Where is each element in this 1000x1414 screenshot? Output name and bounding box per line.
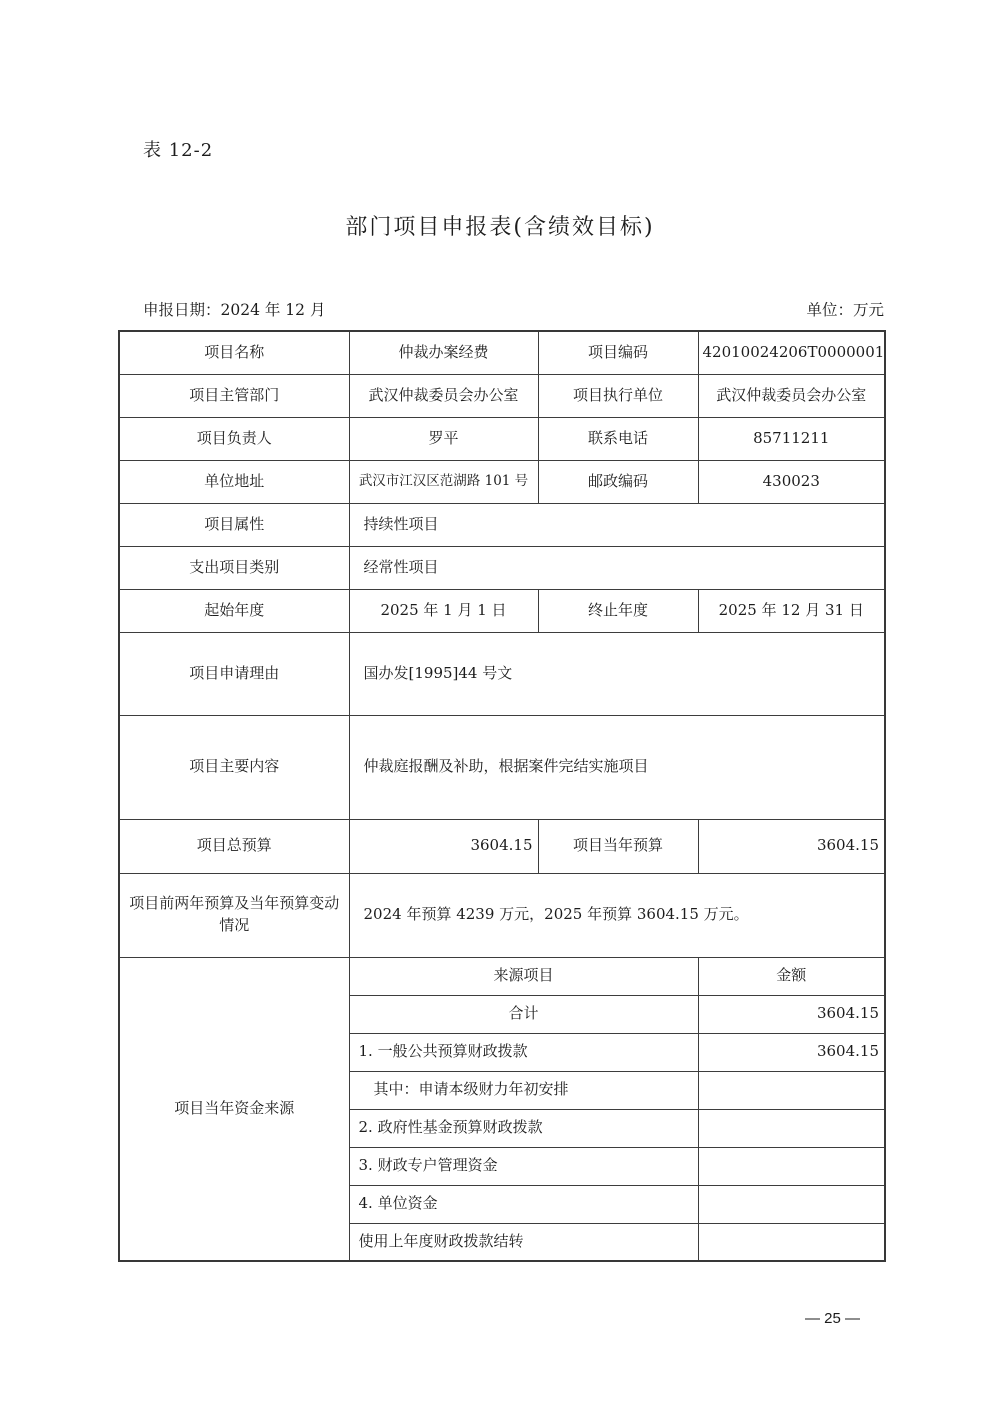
current-year-budget-label: 项目当年预算	[538, 819, 698, 873]
funding-item-government-fund: 2. 政府性基金预算财政拨款	[349, 1109, 698, 1147]
funding-item-local-initial-arrangement: 其中：申请本级财力年初安排	[349, 1071, 698, 1109]
expenditure-category-value: 经常性项目	[349, 546, 885, 589]
project-attribute-label: 项目属性	[119, 503, 349, 546]
funding-item-local-initial-arrangement-amount	[698, 1071, 885, 1109]
funding-item-general-public-budget-amount: 3604.15	[698, 1033, 885, 1071]
table-number-label: 表 12-2	[143, 136, 213, 162]
table-row: 单位地址 武汉市江汉区范湖路 101 号 邮政编码 430023	[119, 460, 885, 503]
table-row: 项目主管部门 武汉仲裁委员会办公室 项目执行单位 武汉仲裁委员会办公室	[119, 374, 885, 417]
funding-item-general-public-budget: 1. 一般公共预算财政拨款	[349, 1033, 698, 1071]
start-year-label: 起始年度	[119, 589, 349, 632]
unit-address-value: 武汉市江汉区范湖路 101 号	[349, 460, 538, 503]
end-year-value: 2025 年 12 月 31 日	[698, 589, 885, 632]
table-row: 支出项目类别 经常性项目	[119, 546, 885, 589]
project-name-value: 仲裁办案经费	[349, 331, 538, 374]
funding-item-fiscal-special-account-amount	[698, 1147, 885, 1185]
funding-item-unit-funds-amount	[698, 1185, 885, 1223]
total-budget-value: 3604.15	[349, 819, 538, 873]
funding-total-label: 合计	[349, 995, 698, 1033]
main-content-value: 仲裁庭报酬及补助，根据案件完结实施项目	[349, 715, 885, 819]
project-leader-value: 罗平	[349, 417, 538, 460]
contact-phone-label: 联系电话	[538, 417, 698, 460]
table-row: 项目当年资金来源 来源项目 金额	[119, 957, 885, 995]
funding-item-government-fund-amount	[698, 1109, 885, 1147]
table-row: 项目申请理由 国办发[1995]44 号文	[119, 632, 885, 715]
postal-code-value: 430023	[698, 460, 885, 503]
table-row: 项目总预算 3604.15 项目当年预算 3604.15	[119, 819, 885, 873]
supervising-dept-label: 项目主管部门	[119, 374, 349, 417]
total-budget-label: 项目总预算	[119, 819, 349, 873]
table-row: 项目名称 仲裁办案经费 项目编码 42010024206T000000101	[119, 331, 885, 374]
funding-source-label: 项目当年资金来源	[119, 957, 349, 1261]
project-code-value: 42010024206T000000101	[698, 331, 885, 374]
table-row: 起始年度 2025 年 1 月 1 日 终止年度 2025 年 12 月 31 …	[119, 589, 885, 632]
current-year-budget-value: 3604.15	[698, 819, 885, 873]
funding-item-unit-funds: 4. 单位资金	[349, 1185, 698, 1223]
budget-history-label: 项目前两年预算及当年预算变动情况	[119, 873, 349, 957]
table-row: 项目前两年预算及当年预算变动情况 2024 年预算 4239 万元，2025 年…	[119, 873, 885, 957]
unit-address-label: 单位地址	[119, 460, 349, 503]
project-leader-label: 项目负责人	[119, 417, 349, 460]
declaration-date: 申报日期：2024 年 12 月	[118, 298, 325, 320]
table-row: 项目负责人 罗平 联系电话 85711211	[119, 417, 885, 460]
unit-label: 单位：万元	[806, 298, 884, 320]
expenditure-category-label: 支出项目类别	[119, 546, 349, 589]
end-year-label: 终止年度	[538, 589, 698, 632]
executing-unit-label: 项目执行单位	[538, 374, 698, 417]
funding-header-source: 来源项目	[349, 957, 698, 995]
contact-phone-value: 85711211	[698, 417, 885, 460]
funding-total-amount: 3604.15	[698, 995, 885, 1033]
meta-row: 申报日期：2024 年 12 月 单位：万元	[118, 298, 884, 320]
document-page: 表 12-2 部门项目申报表(含绩效目标) 申报日期：2024 年 12 月 单…	[0, 0, 1000, 1414]
supervising-dept-value: 武汉仲裁委员会办公室	[349, 374, 538, 417]
project-application-table: 项目名称 仲裁办案经费 项目编码 42010024206T000000101 项…	[118, 330, 886, 1262]
funding-header-amount: 金额	[698, 957, 885, 995]
postal-code-label: 邮政编码	[538, 460, 698, 503]
page-number: — 25 —	[0, 1310, 860, 1327]
table-row: 项目属性 持续性项目	[119, 503, 885, 546]
funding-item-fiscal-special-account: 3. 财政专户管理资金	[349, 1147, 698, 1185]
table-row: 项目主要内容 仲裁庭报酬及补助，根据案件完结实施项目	[119, 715, 885, 819]
project-code-label: 项目编码	[538, 331, 698, 374]
main-content-label: 项目主要内容	[119, 715, 349, 819]
project-attribute-value: 持续性项目	[349, 503, 885, 546]
project-name-label: 项目名称	[119, 331, 349, 374]
funding-item-carryover-prior-year-amount	[698, 1223, 885, 1261]
funding-item-carryover-prior-year: 使用上年度财政拨款结转	[349, 1223, 698, 1261]
executing-unit-value: 武汉仲裁委员会办公室	[698, 374, 885, 417]
page-title: 部门项目申报表(含绩效目标)	[0, 210, 1000, 241]
start-year-value: 2025 年 1 月 1 日	[349, 589, 538, 632]
application-reason-label: 项目申请理由	[119, 632, 349, 715]
budget-history-value: 2024 年预算 4239 万元，2025 年预算 3604.15 万元。	[349, 873, 885, 957]
application-reason-value: 国办发[1995]44 号文	[349, 632, 885, 715]
